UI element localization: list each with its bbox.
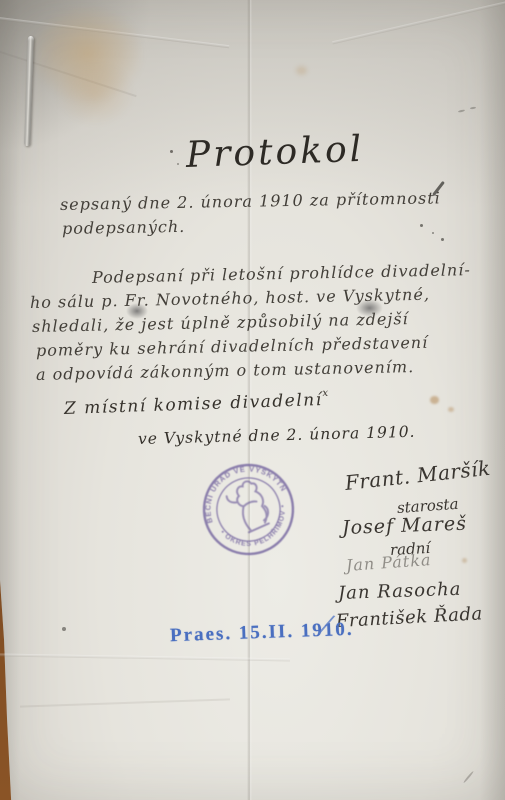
closing-superscript-mark: x <box>322 388 330 399</box>
document-photo: Protokol sepsaný dne 2. února 1910 za př… <box>0 0 505 800</box>
signature-rasocha: Jan Rasocha <box>338 579 462 604</box>
intro-line-2: podepsaných. <box>62 217 186 238</box>
bohemian-lion-icon <box>224 478 273 535</box>
document-title: Protokol <box>185 129 365 176</box>
signature-mares: Josef Mareš <box>342 513 468 539</box>
